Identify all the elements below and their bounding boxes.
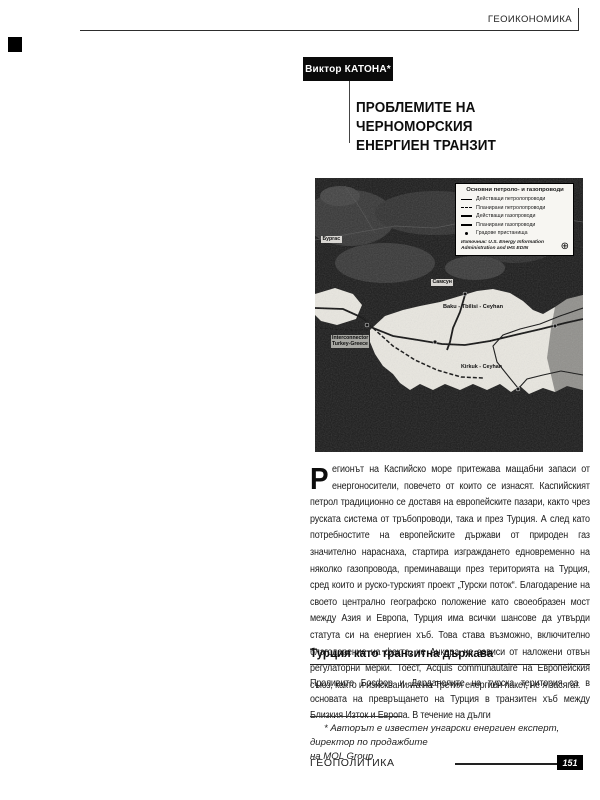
footnote-rule	[310, 716, 402, 717]
dashed-thick-line-icon	[461, 224, 472, 226]
legend-item: Планирани петролопроводи	[461, 205, 569, 211]
scanned-article-page: ГЕОИКОНОМИКА Виктор КАТОНА* ПРОБЛЕМИТЕ Н…	[0, 0, 600, 800]
legend-item: Градове пристанища	[461, 230, 569, 236]
footer-magazine-label: ГЕОПОЛИТИКА	[310, 757, 395, 769]
map-label-kirkuk-ceyhan: Kirkuk - Ceyhan	[461, 364, 502, 370]
title-connector-line	[349, 81, 350, 143]
footer-rule	[455, 763, 557, 765]
header-tick-rule	[578, 8, 579, 31]
map-figure: Baku - Tbilisi - Ceyhan Kirkuk - Ceyhan …	[315, 178, 583, 452]
page-number-badge: 151	[557, 755, 583, 770]
article-title-line2: ЕНЕРГИЕН ТРАНЗИТ	[356, 137, 570, 156]
author-name: Виктор КАТОНА*	[305, 64, 391, 75]
header-rule	[80, 30, 578, 31]
legend-title: Основни петроло- и газопроводи	[461, 187, 569, 193]
map-label-interconnector: Interconnector Turkey-Greece	[331, 335, 369, 348]
map-legend: Основни петроло- и газопроводи Действащи…	[455, 183, 574, 256]
legend-item: Действащи петролопроводи	[461, 196, 569, 202]
solid-thick-line-icon	[461, 215, 472, 217]
legend-source: Източник: U.S. Energy Information Admini…	[461, 240, 569, 252]
corner-registration-mark	[8, 37, 22, 52]
solid-thin-line-icon	[461, 199, 472, 200]
paragraph-2: Проливите Босфор и Дарданелите на турска…	[310, 676, 590, 725]
section-label: ГЕОИКОНОМИКА	[488, 14, 572, 25]
legend-item: Планирани газопроводи	[461, 222, 569, 228]
city-dot-icon	[465, 232, 468, 235]
map-label-burgas: Бургас	[321, 236, 342, 243]
map-label-btc: Baku - Tbilisi - Ceyhan	[443, 304, 503, 310]
article-title-line1: ПРОБЛЕМИТЕ НА ЧЕРНОМОРСКИЯ	[356, 99, 570, 137]
article-title: ПРОБЛЕМИТЕ НА ЧЕРНОМОРСКИЯ ЕНЕРГИЕН ТРАН…	[356, 99, 570, 156]
dashed-thin-line-icon	[461, 207, 472, 208]
section-subheading: Турция като транзитна държава	[310, 648, 590, 665]
map-label-samsun: Самсун	[431, 279, 453, 286]
legend-item: Действащи газопроводи	[461, 213, 569, 219]
author-box: Виктор КАТОНА*	[303, 57, 393, 81]
eia-logo-icon: ⊕	[561, 242, 569, 252]
drop-cap: Р	[310, 465, 328, 492]
